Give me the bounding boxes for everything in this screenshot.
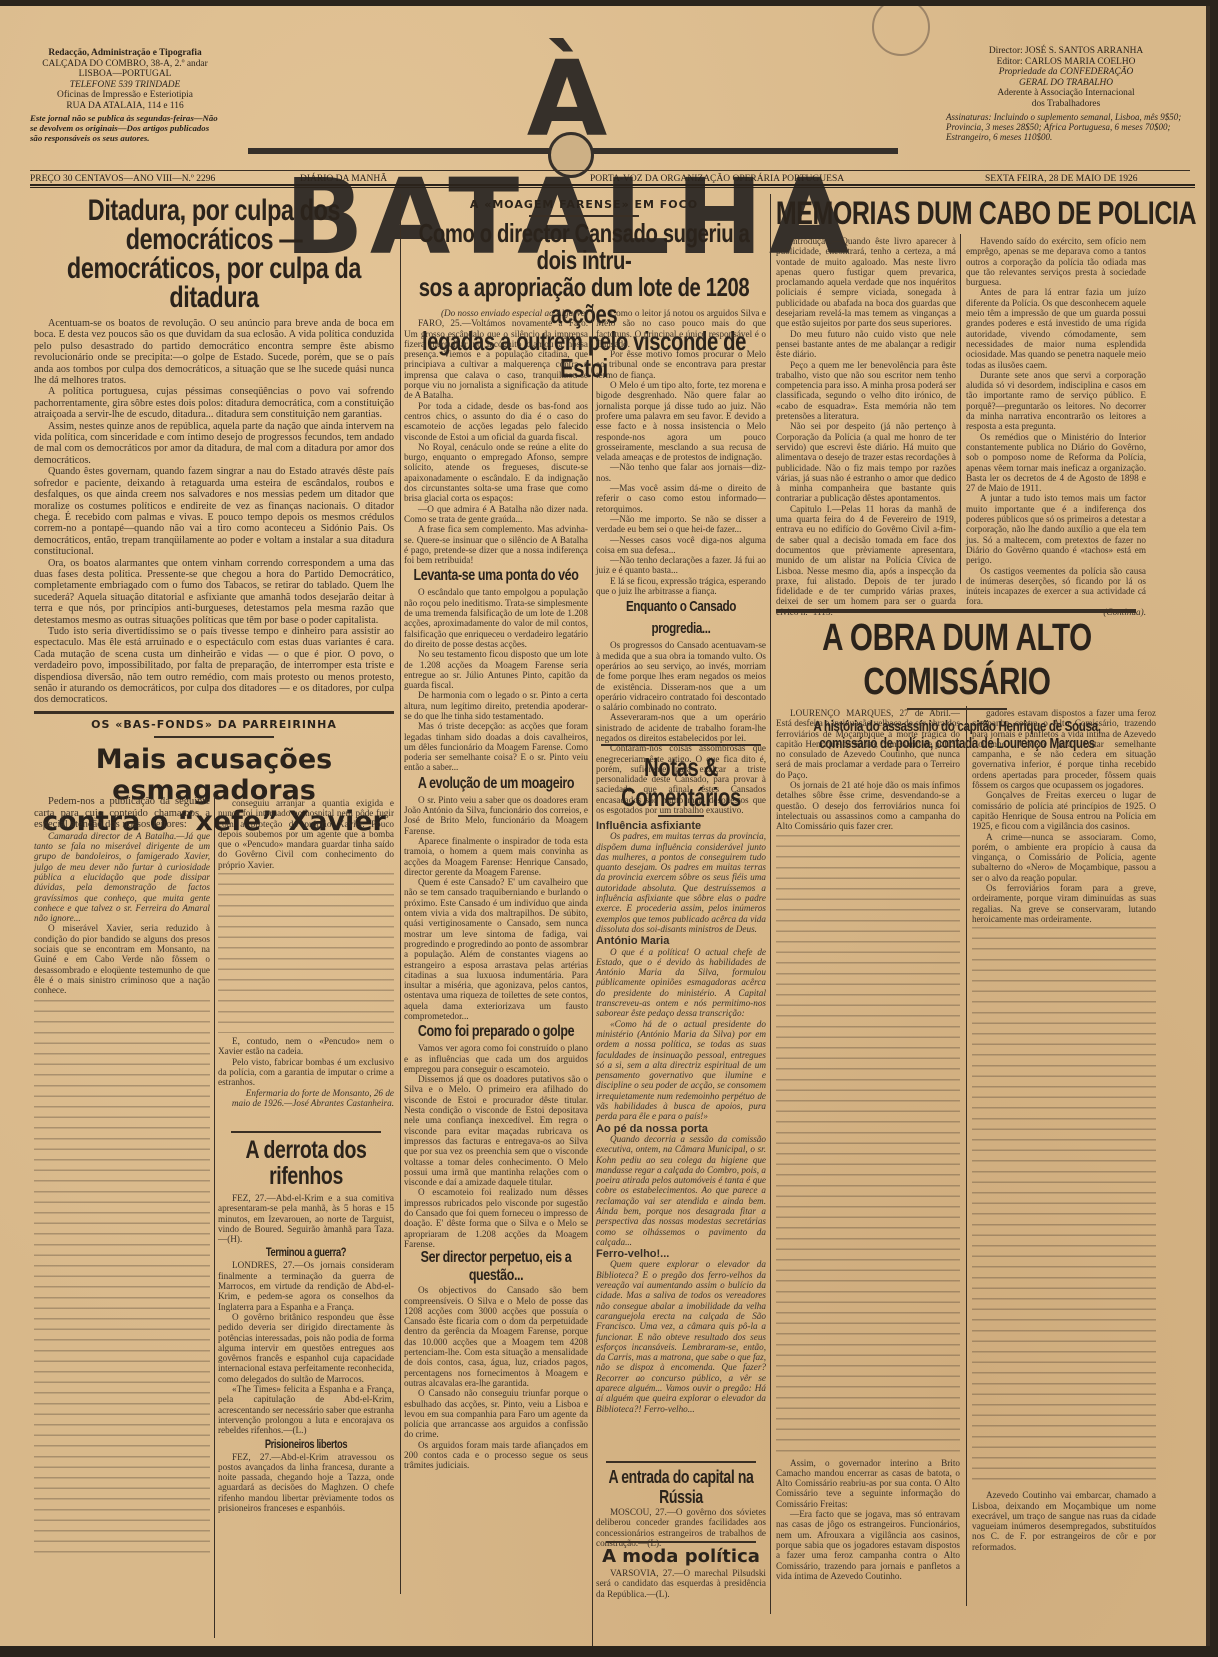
subheading: A evolução de um moageiro xyxy=(404,773,588,795)
subheading: Prisioneiros libertos xyxy=(218,1436,394,1452)
daily-label: DIÁRIO DA MANHÃ xyxy=(300,174,387,184)
article-headline: A OBRA DUM ALTO COMISSÁRIO xyxy=(774,616,1141,704)
subheading: Terminou a guerra? xyxy=(218,1244,394,1260)
address-line: CALÇADA DO COMBRO, 38-A, 2.º andar xyxy=(30,59,220,70)
publication-note: Este jornal não se publica às segundas-f… xyxy=(30,113,220,143)
note-title: Ao pé da nossa porta xyxy=(596,1124,766,1134)
article-rifenhos: A derrota dos rifenhos FEZ, 27.—Abd-el-K… xyxy=(218,1131,394,1513)
article-body: Introdução.—Quando êste livro aparecer à… xyxy=(776,236,956,617)
article-kicker: A «MOAGEM FARENSE» EM FOCO xyxy=(404,198,764,211)
section-rule xyxy=(34,711,394,714)
article-ditadura: Ditadura, por culpa dos democráticos — d… xyxy=(34,196,394,706)
kicker-rule xyxy=(529,215,639,217)
article-body: VARSOVIA, 27.—O marechal Pilsudski será … xyxy=(596,1568,766,1599)
subheading: Como foi preparado o golpe xyxy=(404,1021,588,1043)
article-headline: Ditadura, por culpa dos democráticos — d… xyxy=(35,196,394,312)
column-rule xyxy=(966,706,967,1606)
motto: PORTA-VOZ DA ORGANIZAÇÃO OPERÁRIA PORTUG… xyxy=(590,174,844,184)
address-line: Redacção, Administração e Tipografia xyxy=(30,48,220,59)
article-headline: MEMORIAS DUM CABO DE POLICIA xyxy=(775,196,1196,230)
section-rule xyxy=(606,1541,756,1543)
editor-line: Editor: CARLOS MARIA COELHO xyxy=(946,57,1186,68)
text-continuation xyxy=(776,835,960,1455)
text-continuation xyxy=(34,1000,210,1560)
director-line: Director: JOSÉ S. SANTOS ARRANHA xyxy=(946,46,1186,57)
issue-date: SEXTA FEIRA, 28 DE MAIO DE 1926 xyxy=(985,174,1138,184)
article-moda: A moda política VARSOVIA, 27.—O marechal… xyxy=(596,1541,766,1599)
section-headline: Notas & Comentários xyxy=(595,752,767,812)
section-rule xyxy=(606,1461,756,1463)
note-title: Influência asfixiante xyxy=(596,821,766,831)
address-line: RUA DA ATALAIA, 114 e 116 xyxy=(30,101,220,112)
subheading: Enquanto o Cansado progredia... xyxy=(595,596,767,640)
article-headline: A entrada do capital na Rússia xyxy=(595,1467,767,1507)
column-rule xyxy=(592,306,593,1646)
article-body: (Do nosso enviado especial ao Algarve) F… xyxy=(404,308,588,1471)
owner-line: GERAL DO TRABALHO xyxy=(946,78,1186,89)
article-russia: A entrada do capital na Rússia MOSCOU, 2… xyxy=(596,1461,766,1548)
article-body: gadores estavam dispostos a fazer uma fe… xyxy=(972,708,1156,1552)
subheading: Ser director perpetuo, eis a questão... xyxy=(404,1249,588,1285)
column-rule xyxy=(960,234,961,584)
article-headline: A derrota dos rifenhos xyxy=(218,1137,394,1189)
article-body: Pedem-nos a publicação da seguinte carta… xyxy=(34,796,210,1560)
subscription-prices: Assinaturas: Incluindo o suplemento sema… xyxy=(946,112,1186,142)
section-rule xyxy=(776,609,1136,613)
article-memorias: MEMORIAS DUM CABO DE POLICIA xyxy=(776,196,1196,230)
masthead-rule xyxy=(30,184,1195,188)
article-body: Havendo saído do exército, sem ofício ne… xyxy=(966,236,1146,617)
subheading: Levanta-se uma ponta do véo xyxy=(404,565,588,587)
notes-body: Influência asfixiante Os padres, em muit… xyxy=(596,821,766,1414)
section-notas-comentarios: Notas & Comentários Influência asfixiant… xyxy=(596,744,766,1414)
section-rule xyxy=(231,1131,381,1133)
column-rule xyxy=(770,194,771,1614)
address-line: Oficinas de Impressão e Esteriotipia xyxy=(30,90,220,101)
text-continuation xyxy=(218,873,394,1033)
telephone-line: TELEFONE 539 TRINDADE xyxy=(30,80,220,91)
column-rule xyxy=(214,798,215,1638)
kicker-rule xyxy=(154,736,274,738)
adherent-line: Aderente à Associação Internacional xyxy=(946,88,1186,99)
column-rule xyxy=(400,194,401,1594)
adherent-line: dos Trabalhadores xyxy=(946,99,1186,110)
text-continuation xyxy=(972,927,1156,1487)
article-headline: A moda política xyxy=(596,1546,766,1568)
article-body: LOURENÇO MARQUES, 27 de Abril.—Está desf… xyxy=(776,708,960,1581)
article-body: Como o leitor já notou os arguidos Silva… xyxy=(596,308,766,815)
address-line: LISBOA—PORTUGAL xyxy=(30,69,220,80)
article-body: FEZ, 27.—Abd-el-Krim e a sua comitiva ap… xyxy=(218,1193,394,1513)
note-title: Ferro-velho!... xyxy=(596,1249,766,1259)
owner-line: Propriedade da CONFEDERAÇÃO xyxy=(946,67,1186,78)
note-title: António Maria xyxy=(596,936,766,946)
masthead-staff-block: Director: JOSÉ S. SANTOS ARRANHA Editor:… xyxy=(946,46,1186,142)
headline-rule xyxy=(658,815,704,817)
newspaper-page: Redacção, Administração e Tipografia CAL… xyxy=(0,6,1210,1646)
section-rule xyxy=(601,744,761,746)
article-body: Acentuam-se os boatos de revolução. O se… xyxy=(34,318,394,706)
article-kicker: OS «BAS-FONDS» DA PARREIRINHA xyxy=(34,718,394,731)
price-issue: PREÇO 30 CENTAVOS—ANO VIII—N.º 2296 xyxy=(30,174,215,184)
masthead-address-block: Redacção, Administração e Tipografia CAL… xyxy=(30,48,220,143)
article-body: conseguiu arranjar a quantia exigida e n… xyxy=(218,798,394,1108)
